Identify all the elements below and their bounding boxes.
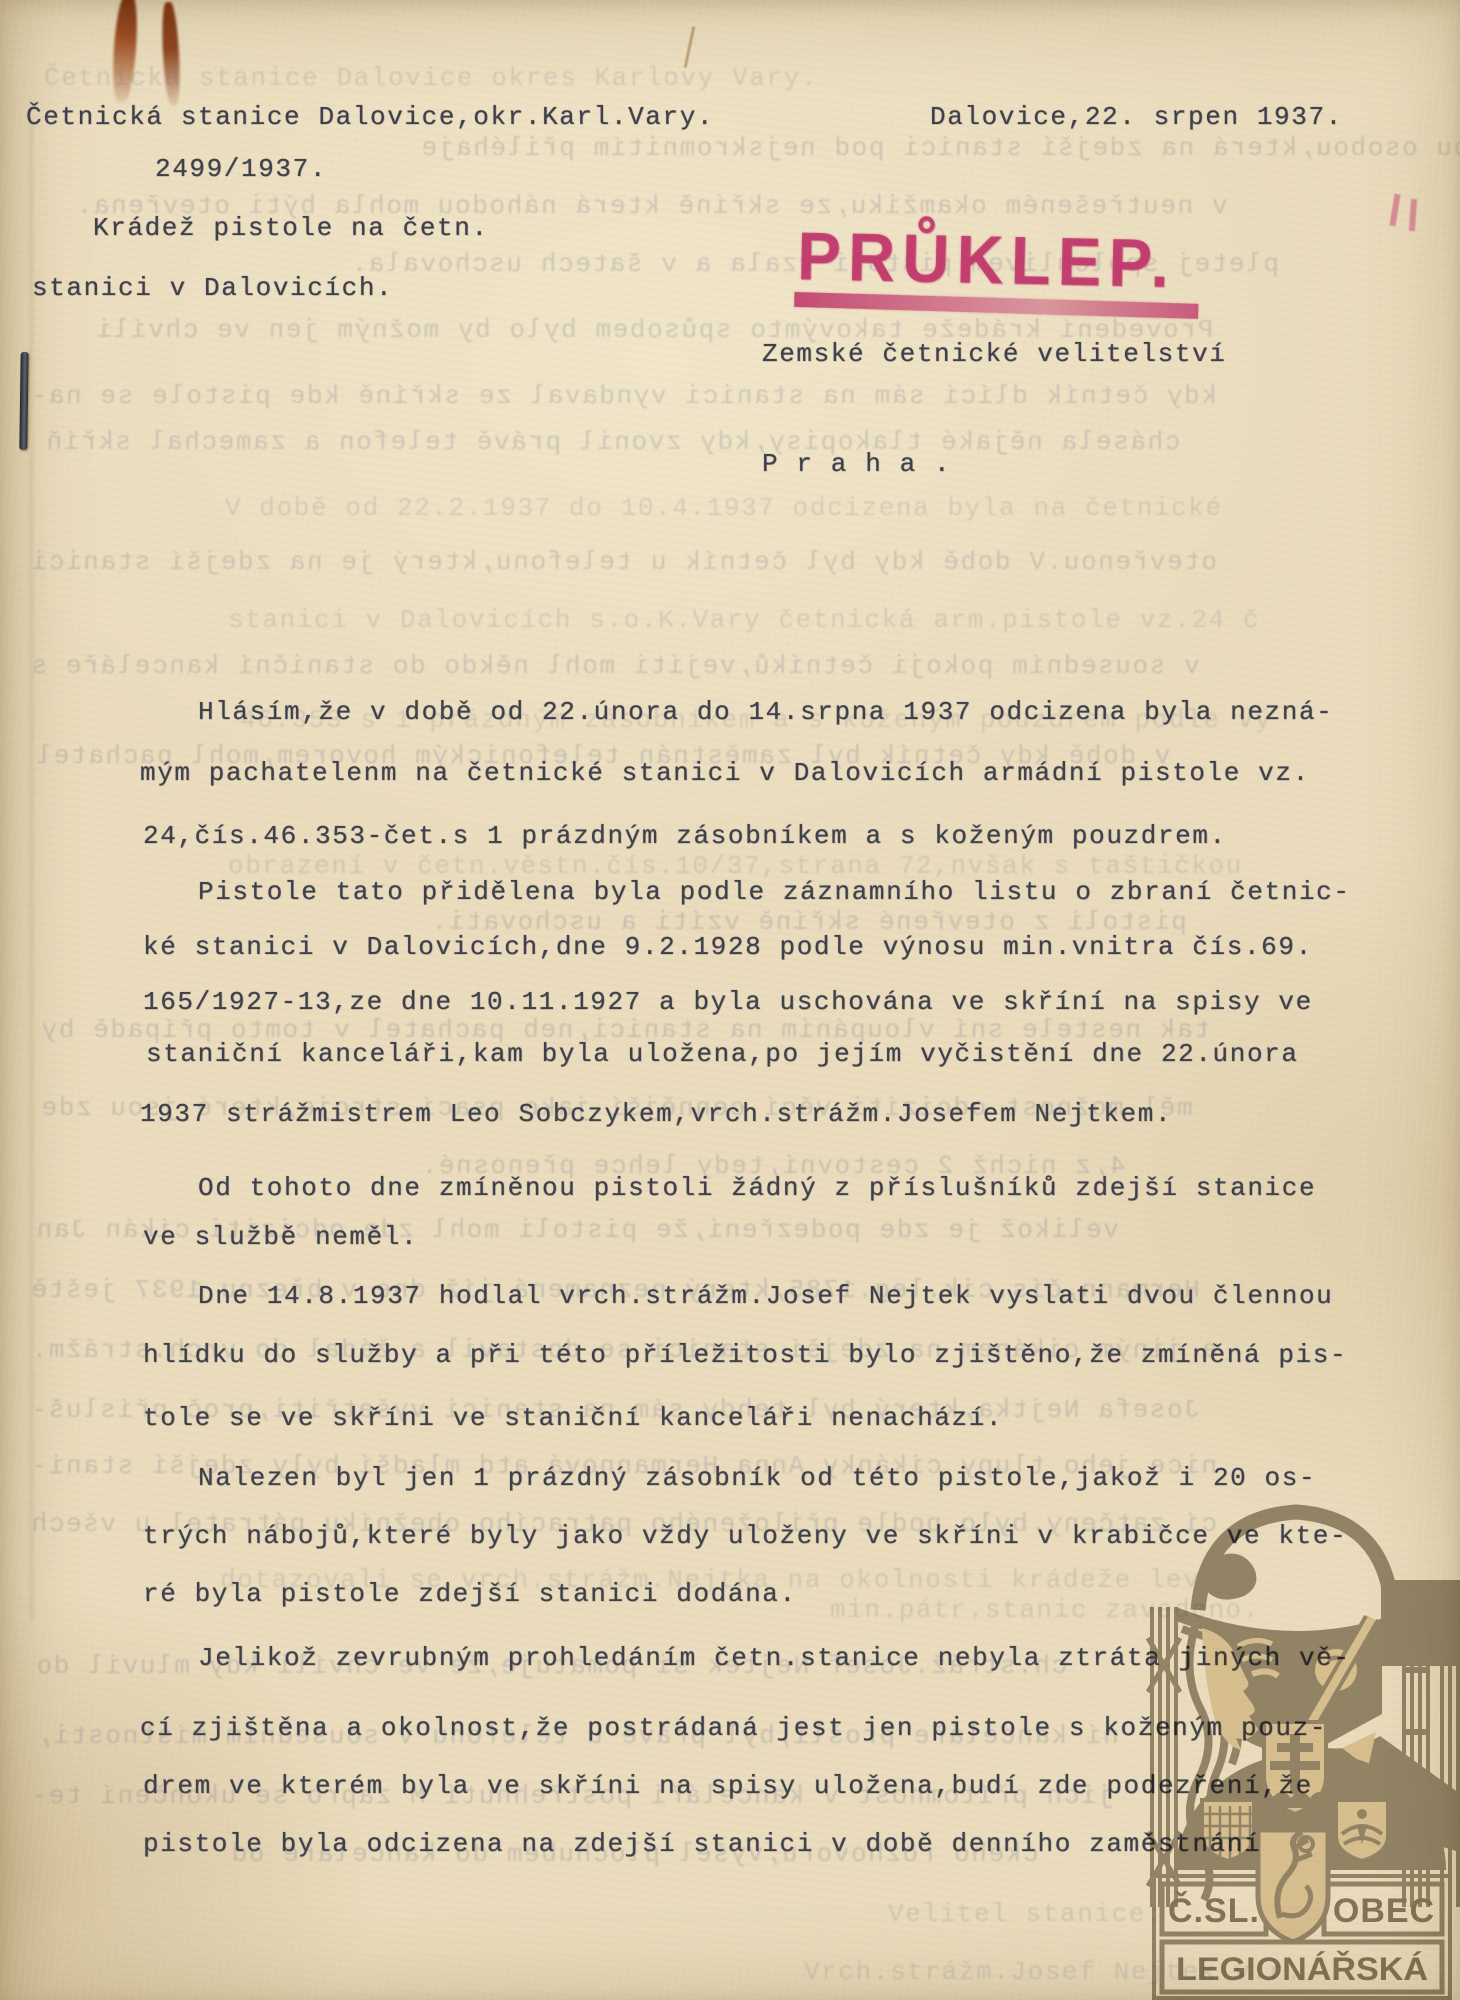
staple	[19, 352, 28, 450]
body-line: hlídku do služby a při této příležitosti…	[143, 1341, 1347, 1371]
ghost-line: V době od 22.2.1937 do 10.4.1937 odcizen…	[225, 494, 1223, 524]
body-line: 24,čís.46.353-čet.s 1 prázdným zásobníke…	[143, 822, 1227, 852]
scanned-document-page: Četnická stanice Dalovice okres Karlovy …	[0, 0, 1460, 2000]
legionnaire-emblem: Č.SL. OBEC LEGIONÁŘSKÁ	[1146, 1402, 1460, 2000]
scratch-mark	[684, 26, 696, 68]
pruklep-stamp-text: PRŮKLEP.	[797, 222, 1204, 298]
file-number: 2499/1937.	[155, 155, 327, 185]
body-line: 1937 strážmistrem Leo Sobczykem,vrch.str…	[140, 1100, 1172, 1130]
body-line: Dne 14.8.1937 hodlal vrch.strážm.Josef N…	[198, 1282, 1333, 1312]
emblem-org-left: Č.SL.	[1168, 1891, 1260, 1930]
pruklep-copy-stamp: PRŮKLEP.	[800, 224, 1200, 317]
body-line: ré byla pistole zdejší stanici dodána.	[143, 1580, 797, 1610]
recipient-city: P r a h a .	[762, 450, 951, 480]
recipient-line: Zemské četnické velitelství	[762, 340, 1226, 370]
ghost-line: v sousedním pokoji četníků,vejíti mohl n…	[30, 652, 1200, 682]
ghost-line: Velitel stanice:	[888, 1900, 1163, 1930]
subject-line: Krádež pistole na četn.	[93, 214, 489, 244]
ink-smudge	[1390, 194, 1401, 227]
body-line: staniční kanceláři,kam byla uložena,po j…	[146, 1040, 1299, 1070]
body-line: ve službě neměl.	[143, 1223, 418, 1253]
place-date-line: Dalovice,22. srpen 1937.	[930, 103, 1343, 133]
body-line: 165/1927-13,ze dne 10.11.1927 a byla usc…	[143, 988, 1313, 1018]
body-line: Pistole tato přidělena byla podle záznam…	[198, 878, 1351, 908]
ghost-line: stanici v Dalovicích s.o.K.Vary četnická…	[228, 606, 1260, 636]
body-line: Hlásím,že v době od 22.února do 14.srpna…	[198, 698, 1333, 728]
sender-office-line: Četnická stanice Dalovice,okr.Karl.Vary.	[26, 103, 714, 133]
ghost-line: Četnická stanice Dalovice okres Karlovy …	[44, 64, 818, 94]
ink-smudge	[1409, 199, 1417, 231]
ghost-line: chásela nějaké tlakopisy,kdy zvonil práv…	[45, 428, 1180, 458]
emblem-org-right: OBEC	[1333, 1892, 1435, 1930]
ghost-line: kdy četník dlící sám na stanici vyndaval…	[30, 382, 1217, 412]
emblem-org-bottom: LEGIONÁŘSKÁ	[1176, 1951, 1428, 1987]
body-line: mým pachatelenm na četnické stanici v Da…	[140, 759, 1310, 789]
body-line: tole se ve skříni ve staniční kanceláři …	[143, 1404, 1003, 1434]
subject-line: stanici v Dalovicích.	[32, 274, 393, 304]
lion-shield	[1258, 1830, 1328, 1942]
ghost-line: otevřenou.V době kdy byl četník u telefo…	[30, 548, 1217, 578]
body-line: Od tohoto dne zmíněnou pistoli žádný z p…	[198, 1174, 1316, 1204]
body-line: ké stanici v Dalovicích,dne 9.2.1928 pod…	[143, 933, 1313, 963]
body-line: drem ve kterém byla ve skříni na spisy u…	[143, 1772, 1313, 1802]
body-line: pistole byla odcizena na zdejší stanici …	[143, 1830, 1261, 1860]
ghost-line: celou osobou,která na zdejší stanici pod…	[420, 134, 1460, 164]
